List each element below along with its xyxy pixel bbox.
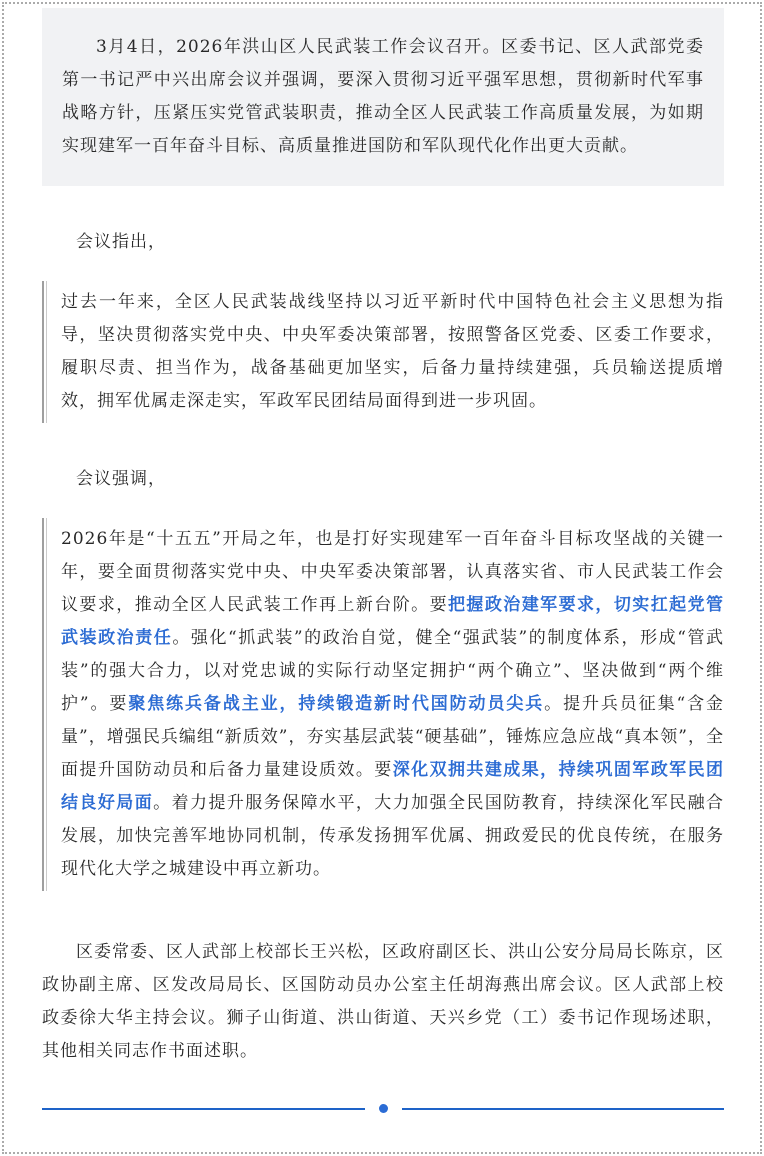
quote-block-2-inner: 2026年是“十五五”开局之年，也是打好实现建军一百年奋斗目标攻坚战的关键一年，…	[46, 518, 724, 891]
quote-block-2: 2026年是“十五五”开局之年，也是打好实现建军一百年奋斗目标攻坚战的关键一年，…	[42, 518, 724, 891]
divider-line-left	[42, 1108, 365, 1110]
quote-2-paragraph: 2026年是“十五五”开局之年，也是打好实现建军一百年奋斗目标攻坚战的关键一年，…	[61, 523, 724, 886]
body-text: 。着力提升服务保障水平，大力加强全民国防教育，持续深化军民融合发展，加快完善军地…	[61, 793, 724, 879]
quote-block-1: 过去一年来，全区人民武装战线坚持以习近平新时代中国特色社会主义思想为指导，坚决贯…	[42, 281, 724, 423]
intro-highlight-box: 3月4日，2026年洪山区人民武装工作会议召开。区委书记、区人武部党委第一书记严…	[42, 8, 724, 186]
closing-paragraph: 区委常委、区人武部上校部长王兴松，区政府副区长、洪山公安分局局长陈京，区政协副主…	[42, 936, 724, 1068]
article-content: 3月4日，2026年洪山区人民武装工作会议召开。区委书记、区人武部党委第一书记严…	[4, 8, 760, 1113]
footer-divider	[42, 1104, 724, 1113]
section-label-2: 会议强调，	[42, 463, 724, 496]
divider-line-right	[402, 1108, 725, 1110]
article-page: 3月4日，2026年洪山区人民武装工作会议召开。区委书记、区人武部党委第一书记严…	[2, 2, 762, 1154]
emphasis-text: 聚焦练兵备战主业，持续锻造新时代国防动员尖兵	[128, 694, 544, 714]
section-label-1: 会议指出，	[42, 226, 724, 259]
quote-block-1-inner: 过去一年来，全区人民武装战线坚持以习近平新时代中国特色社会主义思想为指导，坚决贯…	[46, 281, 724, 423]
quote-1-paragraph: 过去一年来，全区人民武装战线坚持以习近平新时代中国特色社会主义思想为指导，坚决贯…	[61, 286, 724, 418]
intro-paragraph: 3月4日，2026年洪山区人民武装工作会议召开。区委书记、区人武部党委第一书记严…	[62, 31, 704, 163]
divider-dot-icon	[379, 1104, 388, 1113]
